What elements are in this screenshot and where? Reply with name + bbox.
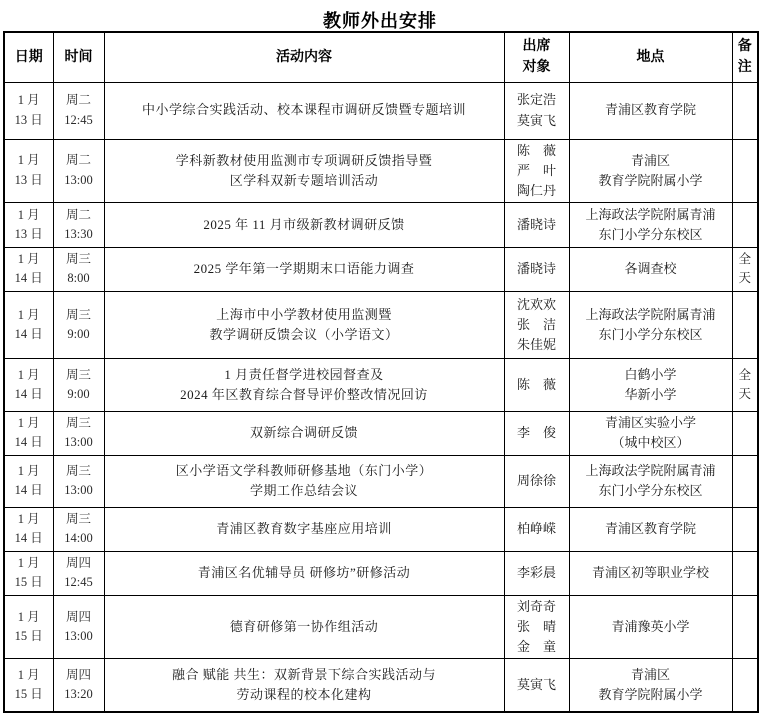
location-cell: 青浦区初等职业学校 (569, 551, 732, 595)
activity-cell: 学科新教材使用监测市专项调研反馈指导暨 区学科双新专题培训活动 (104, 139, 504, 202)
location-cell: 青浦区实验小学 （城中校区） (569, 411, 732, 455)
table-row: 1 月 14 日 周三 14:00 青浦区教育数字基座应用培训 柏峥嵘 青浦区教… (4, 507, 758, 551)
location-cell: 上海政法学院附属青浦 东门小学分东校区 (569, 455, 732, 507)
time-cell: 周四 12:45 (53, 551, 104, 595)
activity-cell: 青浦区教育数字基座应用培训 (104, 507, 504, 551)
date-cell: 1 月 14 日 (4, 247, 53, 291)
time-cell: 周二 13:00 (53, 139, 104, 202)
location-cell: 白鹤小学 华新小学 (569, 358, 732, 411)
header-attendees: 出席 对象 (504, 32, 569, 82)
time-cell: 周三 9:00 (53, 358, 104, 411)
activity-cell: 青浦区名优辅导员 研修坊”研修活动 (104, 551, 504, 595)
date-cell: 1 月 14 日 (4, 291, 53, 358)
activity-cell: 中小学综合实践活动、校本课程市调研反馈暨专题培训 (104, 82, 504, 139)
activity-cell: 2025 学年第一学期期末口语能力调查 (104, 247, 504, 291)
location-cell: 青浦豫英小学 (569, 595, 732, 658)
activity-cell: 区小学语文学科教师研修基地（东门小学） 学期工作总结会议 (104, 455, 504, 507)
attendees-cell: 周徐徐 (504, 455, 569, 507)
table-row: 1 月 14 日 周三 9:00 上海市中小学教材使用监测暨 教学调研反馈会议（… (4, 291, 758, 358)
header-note: 备 注 (732, 32, 758, 82)
note-cell (732, 595, 758, 658)
header-location: 地点 (569, 32, 732, 82)
note-cell (732, 551, 758, 595)
date-cell: 1 月 13 日 (4, 139, 53, 202)
table-row: 1 月 13 日 周二 13:30 2025 年 11 月市级新教材调研反馈 潘… (4, 202, 758, 247)
table-row: 1 月 13 日 周二 12:45 中小学综合实践活动、校本课程市调研反馈暨专题… (4, 82, 758, 139)
time-cell: 周四 13:20 (53, 659, 104, 712)
table-row: 1 月 15 日 周四 13:20 融合 赋能 共生：双新背景下综合实践活动与 … (4, 659, 758, 712)
time-cell: 周三 13:00 (53, 411, 104, 455)
location-cell: 青浦区教育学院 (569, 82, 732, 139)
table-row: 1 月 14 日 周三 13:00 区小学语文学科教师研修基地（东门小学） 学期… (4, 455, 758, 507)
activity-cell: 融合 赋能 共生：双新背景下综合实践活动与 劳动课程的校本化建构 (104, 659, 504, 712)
header-date: 日期 (4, 32, 53, 82)
date-cell: 1 月 14 日 (4, 507, 53, 551)
location-cell: 上海政法学院附属青浦 东门小学分东校区 (569, 291, 732, 358)
date-cell: 1 月 14 日 (4, 455, 53, 507)
header-activity: 活动内容 (104, 32, 504, 82)
location-cell: 上海政法学院附属青浦 东门小学分东校区 (569, 202, 732, 247)
header-time: 时间 (53, 32, 104, 82)
attendees-cell: 沈欢欢 张 洁 朱佳妮 (504, 291, 569, 358)
note-cell (732, 455, 758, 507)
time-cell: 周二 13:30 (53, 202, 104, 247)
note-cell (732, 507, 758, 551)
document-page: 教师外出安排 日期 时间 活动内容 出席 对象 地点 备 注 1 月 13 日 … (0, 0, 760, 717)
location-cell: 各调查校 (569, 247, 732, 291)
time-cell: 周三 14:00 (53, 507, 104, 551)
time-cell: 周三 9:00 (53, 291, 104, 358)
table-row: 1 月 14 日 周三 9:00 1 月责任督学进校园督查及 2024 年区教育… (4, 358, 758, 411)
table-row: 1 月 15 日 周四 12:45 青浦区名优辅导员 研修坊”研修活动 李彩晨 … (4, 551, 758, 595)
table-row: 1 月 14 日 周三 8:00 2025 学年第一学期期末口语能力调查 潘晓诗… (4, 247, 758, 291)
time-cell: 周二 12:45 (53, 82, 104, 139)
table-header-row: 日期 时间 活动内容 出席 对象 地点 备 注 (4, 32, 758, 82)
page-title: 教师外出安排 (0, 0, 760, 31)
activity-cell: 2025 年 11 月市级新教材调研反馈 (104, 202, 504, 247)
note-cell: 全 天 (732, 247, 758, 291)
activity-cell: 上海市中小学教材使用监测暨 教学调研反馈会议（小学语文） (104, 291, 504, 358)
date-cell: 1 月 15 日 (4, 551, 53, 595)
activity-cell: 德育研修第一协作组活动 (104, 595, 504, 658)
date-cell: 1 月 15 日 (4, 595, 53, 658)
attendees-cell: 陈 薇 严 叶 陶仁丹 (504, 139, 569, 202)
note-cell: 全 天 (732, 358, 758, 411)
activity-cell: 1 月责任督学进校园督查及 2024 年区教育综合督导评价整改情况回访 (104, 358, 504, 411)
note-cell (732, 82, 758, 139)
time-cell: 周四 13:00 (53, 595, 104, 658)
attendees-cell: 柏峥嵘 (504, 507, 569, 551)
activity-cell: 双新综合调研反馈 (104, 411, 504, 455)
attendees-cell: 李彩晨 (504, 551, 569, 595)
date-cell: 1 月 14 日 (4, 411, 53, 455)
table-row: 1 月 13 日 周二 13:00 学科新教材使用监测市专项调研反馈指导暨 区学… (4, 139, 758, 202)
attendees-cell: 刘奇奇 张 晴 金 童 (504, 595, 569, 658)
schedule-table: 日期 时间 活动内容 出席 对象 地点 备 注 1 月 13 日 周二 12:4… (3, 31, 759, 713)
note-cell (732, 659, 758, 712)
location-cell: 青浦区教育学院 (569, 507, 732, 551)
date-cell: 1 月 13 日 (4, 82, 53, 139)
note-cell (732, 202, 758, 247)
date-cell: 1 月 13 日 (4, 202, 53, 247)
note-cell (732, 139, 758, 202)
attendees-cell: 李 俊 (504, 411, 569, 455)
note-cell (732, 411, 758, 455)
attendees-cell: 张定浩 莫寅飞 (504, 82, 569, 139)
location-cell: 青浦区 教育学院附属小学 (569, 139, 732, 202)
date-cell: 1 月 15 日 (4, 659, 53, 712)
note-cell (732, 291, 758, 358)
attendees-cell: 陈 薇 (504, 358, 569, 411)
location-cell: 青浦区 教育学院附属小学 (569, 659, 732, 712)
time-cell: 周三 8:00 (53, 247, 104, 291)
attendees-cell: 潘晓诗 (504, 247, 569, 291)
attendees-cell: 潘晓诗 (504, 202, 569, 247)
date-cell: 1 月 14 日 (4, 358, 53, 411)
table-row: 1 月 15 日 周四 13:00 德育研修第一协作组活动 刘奇奇 张 晴 金 … (4, 595, 758, 658)
time-cell: 周三 13:00 (53, 455, 104, 507)
attendees-cell: 莫寅飞 (504, 659, 569, 712)
table-row: 1 月 14 日 周三 13:00 双新综合调研反馈 李 俊 青浦区实验小学 （… (4, 411, 758, 455)
